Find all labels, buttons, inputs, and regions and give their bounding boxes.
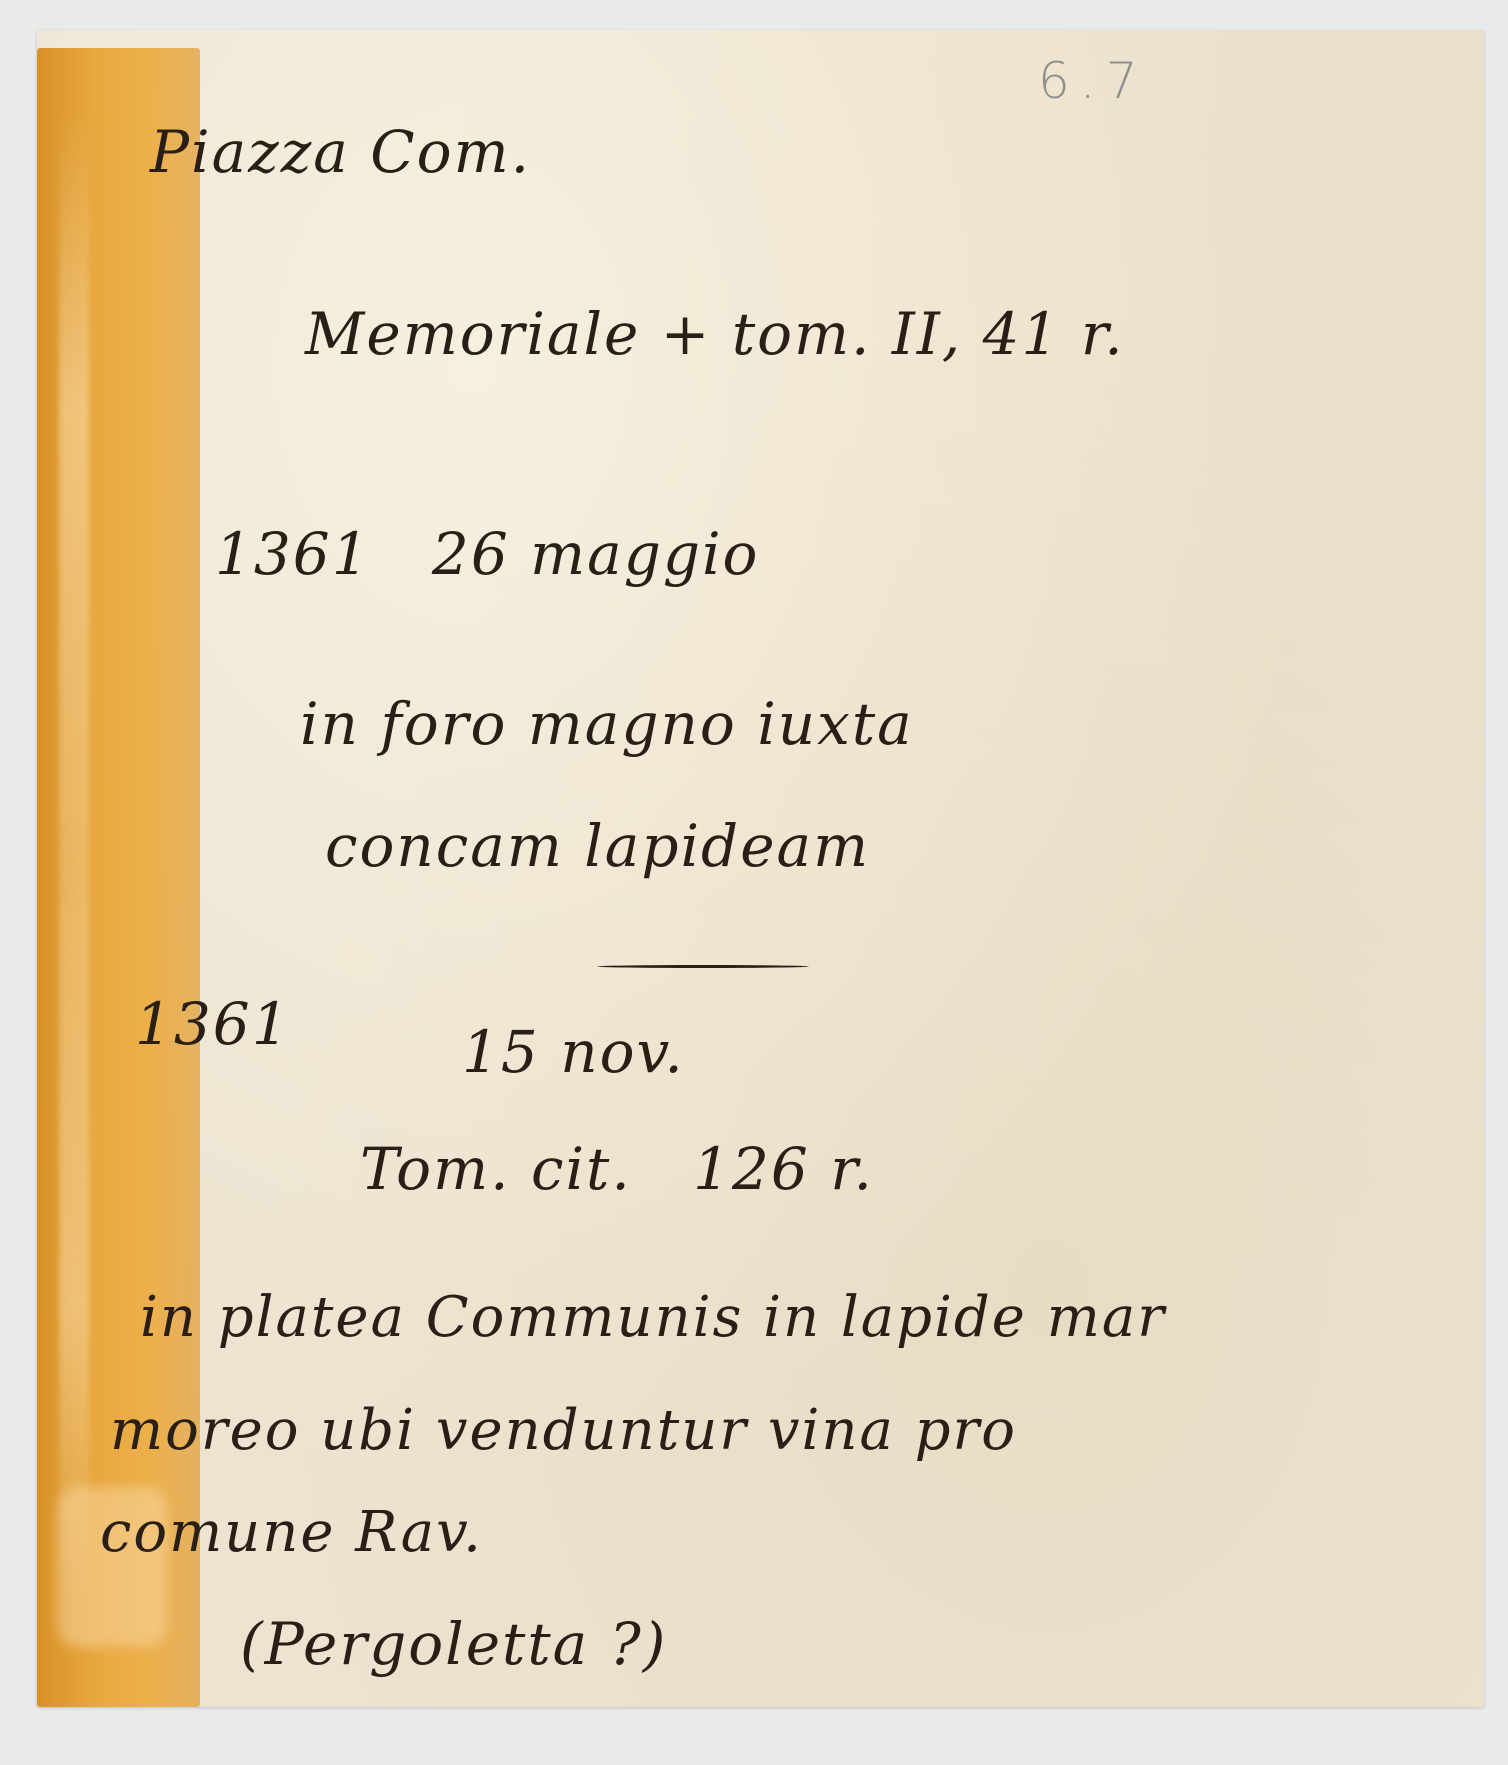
closing-note: (Pergoletta ?) (240, 1610, 667, 1678)
abbreviation-overline (597, 965, 809, 968)
date-line-2-year: 1361 (135, 990, 291, 1058)
source-reference-line-2: Tom. cit. 126 r. (360, 1135, 874, 1203)
archive-number: 6.7 (1038, 52, 1148, 110)
heading-line: Piazza Com. (150, 118, 531, 186)
text-line-2b: moreo ubi venduntur vina pro (110, 1398, 1017, 1463)
text-line-2c: comune Rav. (100, 1500, 483, 1565)
source-reference-line: Memoriale + tom. II, 41 r. (305, 300, 1125, 368)
date-line-1: 1361 26 maggio (215, 520, 759, 588)
text-line-2a: in platea Communis in lapide mar (140, 1285, 1166, 1350)
text-line-1b: concam lapideam (325, 812, 870, 880)
text-line-1a: in foro magno iuxta (300, 690, 914, 758)
date-line-2-day: 15 nov. (462, 1018, 685, 1086)
